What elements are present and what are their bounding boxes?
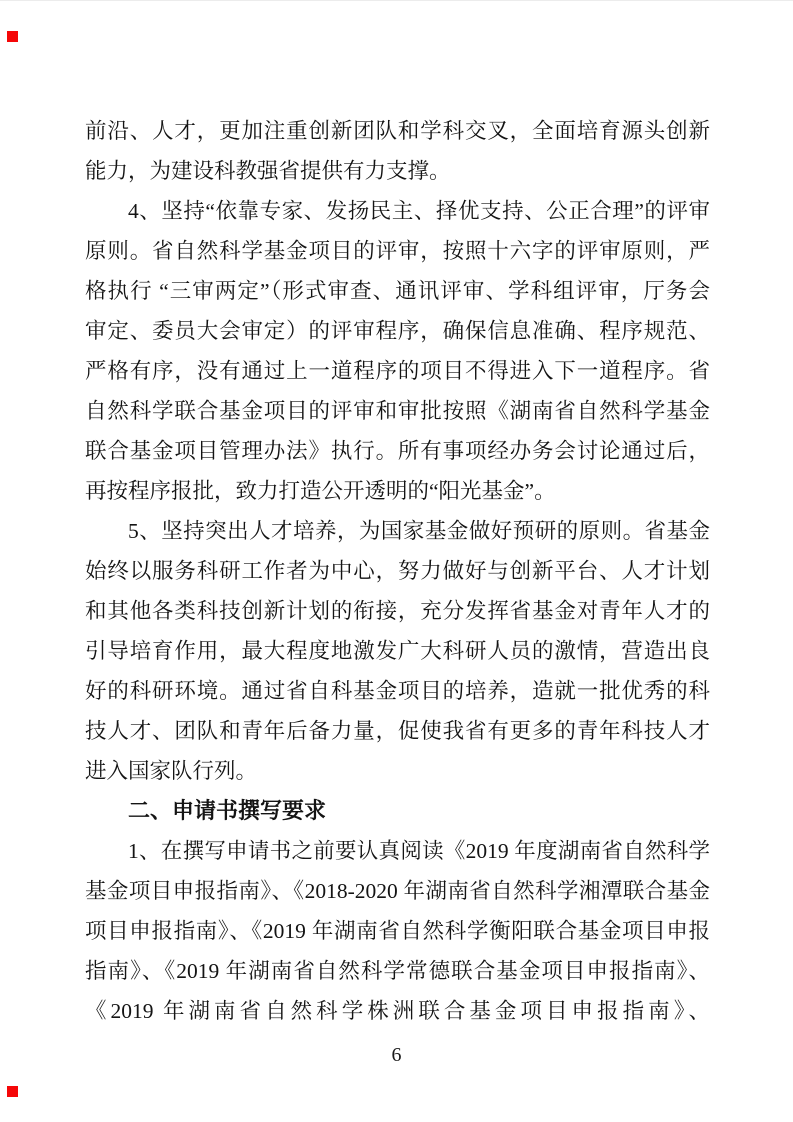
text-line: 联合基金项目管理办法》执行。所有事项经办务会讨论通过后， (85, 431, 710, 471)
page-top-edge (0, 0, 793, 1)
text-line: 4、坚持“依靠专家、发扬民主、择优支持、公正合理”的评审 (85, 191, 710, 231)
document-page: 前沿、人才，更加注重创新团队和学科交叉，全面培育源头创新 能力，为建设科教强省提… (0, 0, 793, 1122)
text-line: 《2019 年湖南省自然科学株洲联合基金项目申报指南》、 (85, 991, 710, 1031)
page-number: 6 (0, 1040, 793, 1070)
text-line: 1、在撰写申请书之前要认真阅读《2019 年度湖南省自然科学 (85, 831, 710, 871)
text-line: 进入国家队行列。 (85, 751, 710, 791)
text-line: 自然科学联合基金项目的评审和审批按照《湖南省自然科学基金 (85, 391, 710, 431)
text-line: 指南》、《2019 年湖南省自然科学常德联合基金项目申报指南》、 (85, 951, 710, 991)
text-line: 始终以服务科研工作者为中心，努力做好与创新平台、人才计划 (85, 551, 710, 591)
text-line: 前沿、人才，更加注重创新团队和学科交叉，全面培育源头创新 (85, 111, 710, 151)
red-corner-mark-bottom (7, 1086, 18, 1097)
text-line: 好的科研环境。通过省自科基金项目的培养，造就一批优秀的科 (85, 671, 710, 711)
text-line: 基金项目申报指南》、《2018-2020 年湖南省自然科学湘潭联合基金 (85, 871, 710, 911)
text-line: 和其他各类科技创新计划的衔接，充分发挥省基金对青年人才的 (85, 591, 710, 631)
section-heading: 二、申请书撰写要求 (85, 791, 710, 831)
document-body: 前沿、人才，更加注重创新团队和学科交叉，全面培育源头创新 能力，为建设科教强省提… (85, 111, 710, 1031)
text-line: 原则。省自然科学基金项目的评审，按照十六字的评审原则，严 (85, 231, 710, 271)
text-line: 严格有序，没有通过上一道程序的项目不得进入下一道程序。省 (85, 351, 710, 391)
text-line: 技人才、团队和青年后备力量，促使我省有更多的青年科技人才 (85, 711, 710, 751)
text-line: 再按程序报批，致力打造公开透明的“阳光基金”。 (85, 471, 710, 511)
text-line: 审定、委员大会审定）的评审程序，确保信息准确、程序规范、 (85, 311, 710, 351)
red-corner-mark-top (7, 31, 18, 42)
text-line: 项目申报指南》、《2019 年湖南省自然科学衡阳联合基金项目申报 (85, 911, 710, 951)
text-line: 格执行 “三审两定”（形式审查、通讯评审、学科组评审，厅务会 (85, 271, 710, 311)
text-line: 能力，为建设科教强省提供有力支撑。 (85, 151, 710, 191)
text-line: 5、坚持突出人才培养，为国家基金做好预研的原则。省基金 (85, 511, 710, 551)
text-line: 引导培育作用，最大程度地激发广大科研人员的激情，营造出良 (85, 631, 710, 671)
